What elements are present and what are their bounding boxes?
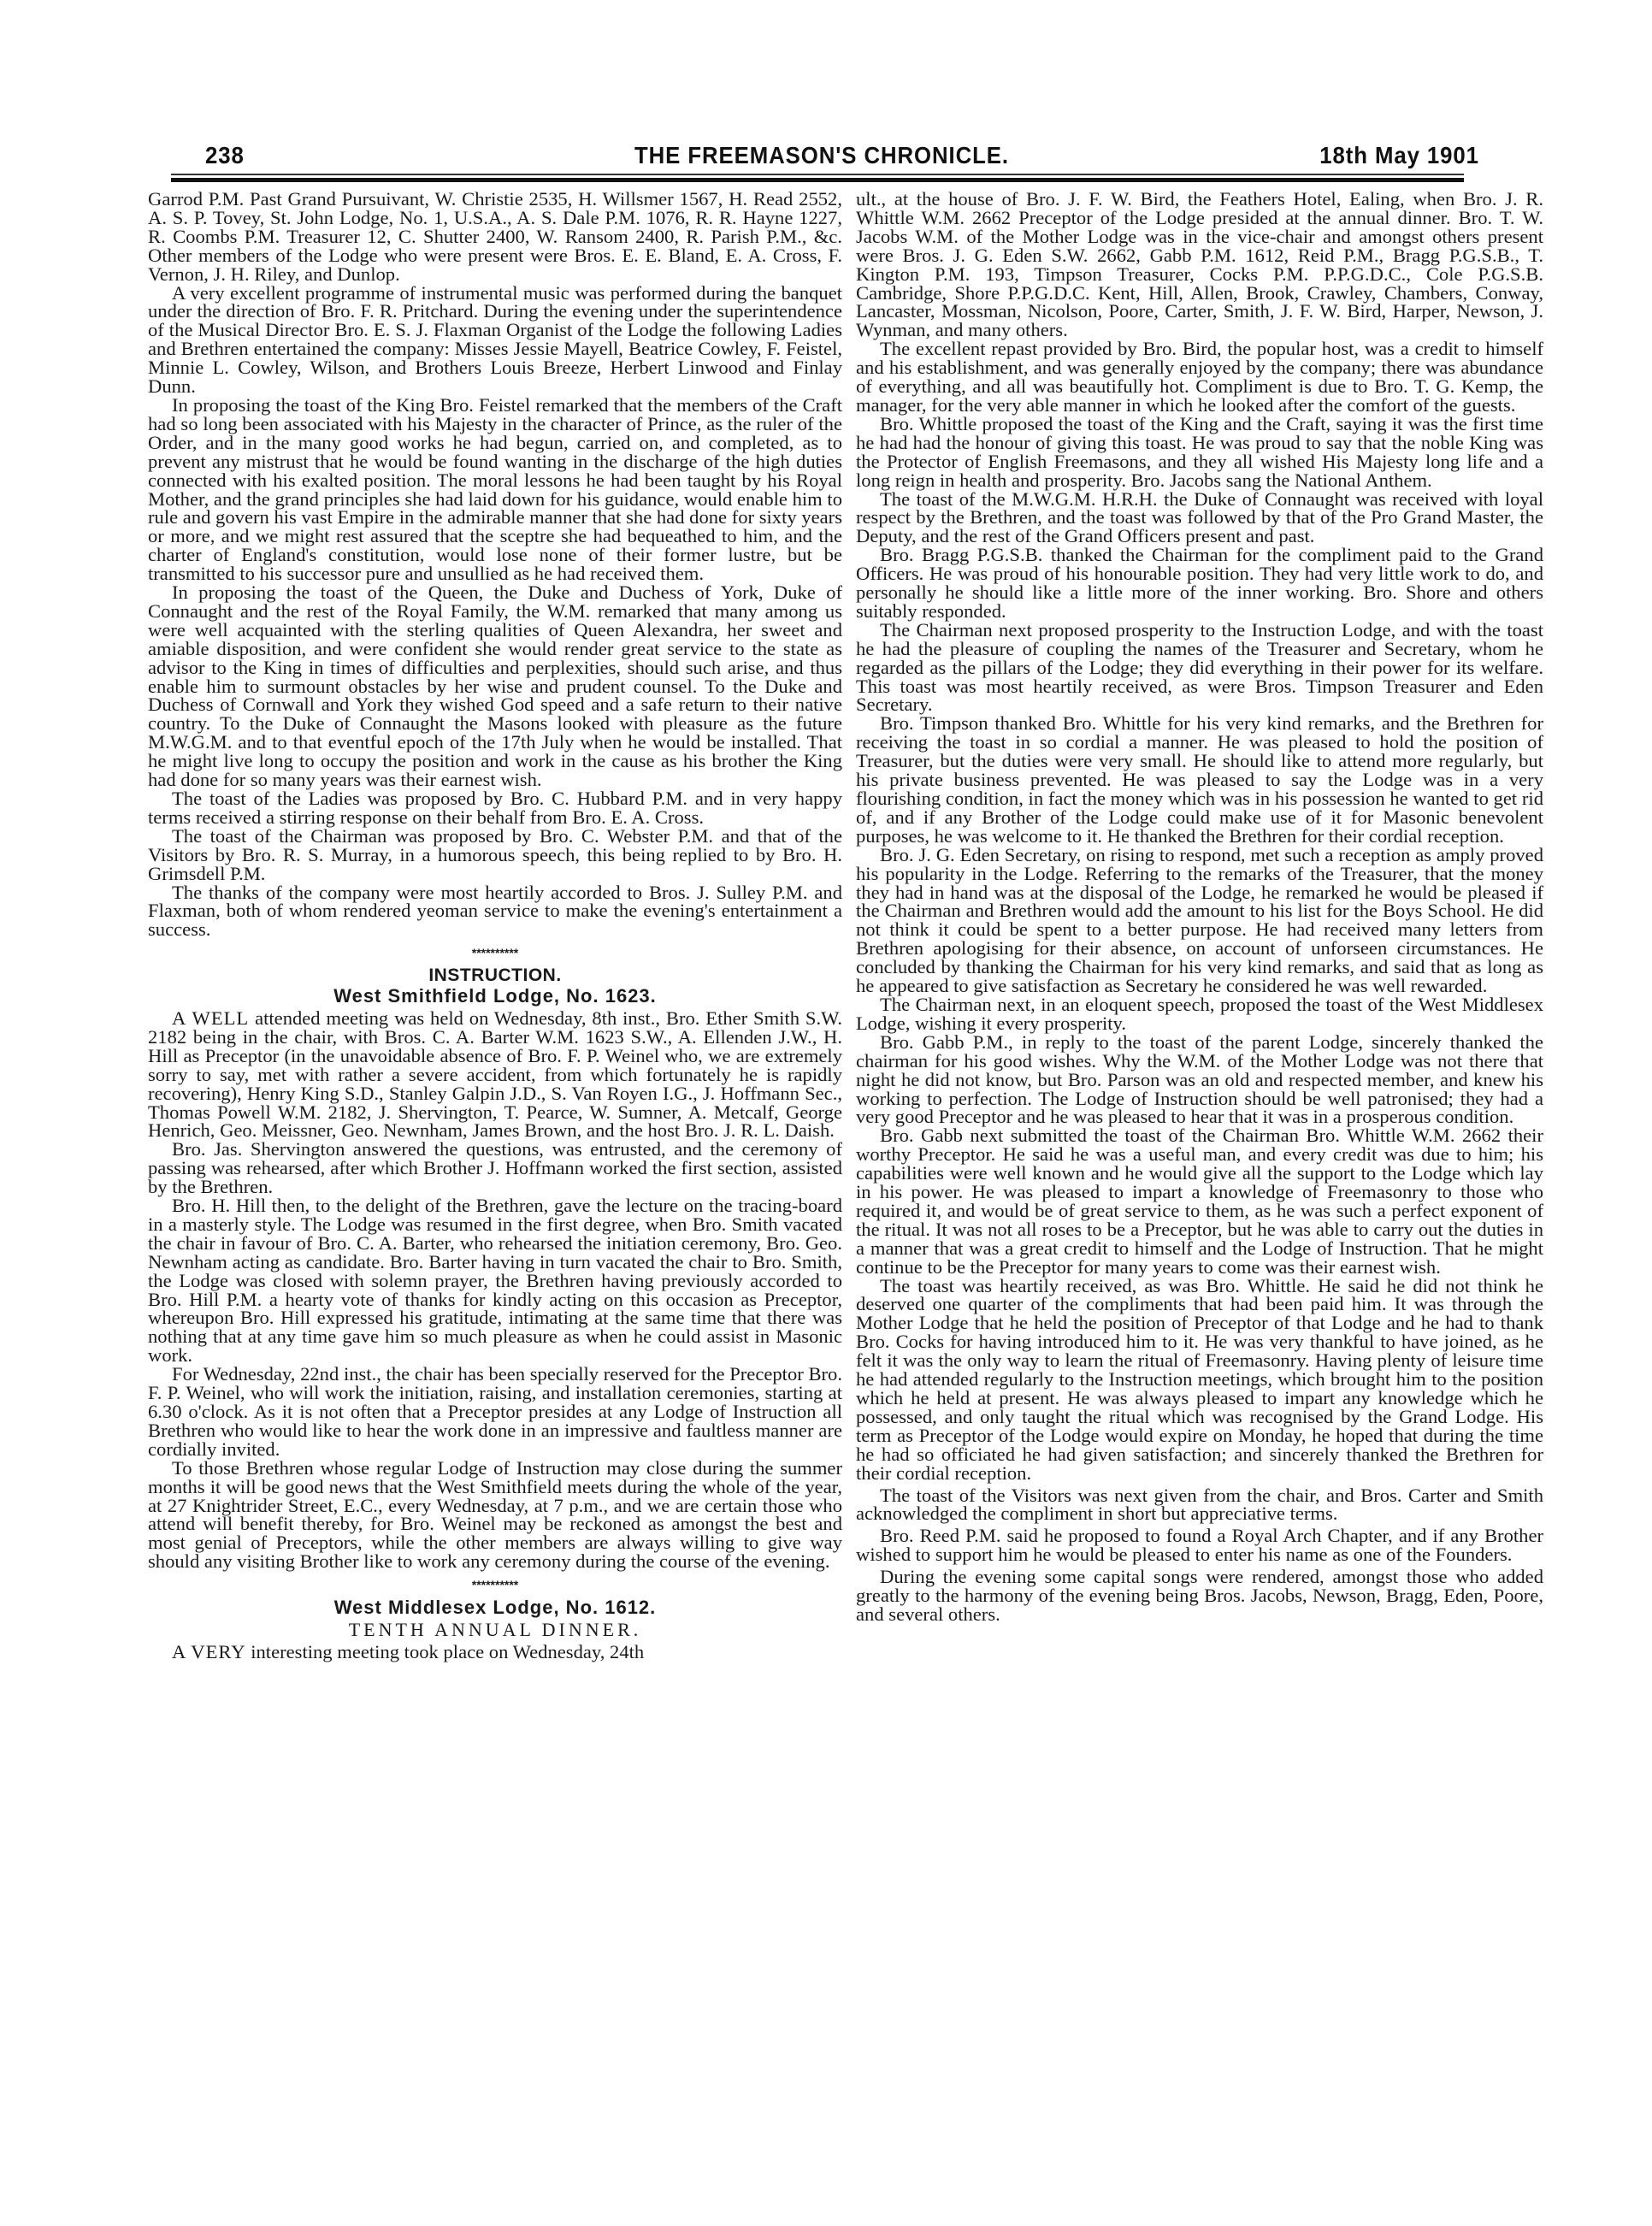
paragraph: Bro. Whittle proposed the toast of the K…: [856, 415, 1543, 490]
paragraph: A WELL attended meeting was held on Wedn…: [148, 1009, 842, 1140]
paragraph: Bro. J. G. Eden Secretary, on rising to …: [856, 846, 1543, 995]
paragraph: Bro. Jas. Shervington answered the quest…: [148, 1140, 842, 1196]
page-number: 238: [205, 142, 245, 169]
paragraph: Bro. Reed P.M. said he proposed to found…: [856, 1526, 1543, 1564]
left-column: Garrod P.M. Past Grand Pursuivant, W. Ch…: [148, 190, 842, 1662]
paragraph: During the evening some capital songs we…: [856, 1568, 1543, 1624]
paragraph: Garrod P.M. Past Grand Pursuivant, W. Ch…: [148, 190, 842, 284]
section-heading: West Middlesex Lodge, No. 1612.: [148, 1598, 842, 1617]
paragraph: The toast of the M.W.G.M. H.R.H. the Duk…: [856, 490, 1543, 546]
paragraph: The Chairman next, in an eloquent speech…: [856, 995, 1543, 1033]
paragraph: The toast of the Visitors was next given…: [856, 1486, 1543, 1524]
publication-title: THE FREEMASON'S CHRONICLE.: [634, 142, 1009, 169]
paragraph: A VERY interesting meeting took place on…: [148, 1643, 842, 1662]
paragraph: The excellent repast provided by Bro. Bi…: [856, 340, 1543, 415]
paragraph: The toast was heartily received, as was …: [856, 1277, 1543, 1483]
header-rule-thin: [171, 174, 1464, 175]
section-subheading: West Smithfield Lodge, No. 1623.: [148, 987, 842, 1006]
paragraph-text: attended meeting was held on Wednesday, …: [148, 1007, 842, 1141]
paragraph: Bro. H. Hill then, to the delight of the…: [148, 1196, 842, 1365]
issue-date: 18th May 1901: [1319, 142, 1479, 169]
paragraph: The Chairman next proposed prosperity to…: [856, 621, 1543, 715]
paragraph: ult., at the house of Bro. J. F. W. Bird…: [856, 190, 1543, 340]
paragraph: For Wednesday, 22nd inst., the chair has…: [148, 1365, 842, 1459]
section-separator: **********: [148, 944, 842, 963]
paragraph: In proposing the toast of the King Bro. …: [148, 396, 842, 583]
header-rule: [171, 178, 1464, 182]
paragraph-text: interesting meeting took place on Wednes…: [251, 1641, 644, 1662]
section-subheading: TENTH ANNUAL DINNER.: [148, 1621, 842, 1639]
paragraph: To those Brethren whose regular Lodge of…: [148, 1459, 842, 1571]
paragraph: The toast of the Chairman was proposed b…: [148, 827, 842, 883]
masthead: 238 THE FREEMASON'S CHRONICLE. 18th May …: [198, 142, 1462, 171]
paragraph: Bro. Bragg P.G.S.B. thanked the Chairman…: [856, 546, 1543, 621]
section-separator: **********: [148, 1576, 842, 1595]
section-heading: INSTRUCTION.: [148, 966, 842, 985]
paragraph: In proposing the toast of the Queen, the…: [148, 583, 842, 789]
lead-words: A VERY: [172, 1641, 246, 1662]
paragraph: The toast of the Ladies was proposed by …: [148, 789, 842, 827]
right-column: ult., at the house of Bro. J. F. W. Bird…: [856, 190, 1543, 1624]
paragraph: A very excellent programme of instrument…: [148, 284, 842, 396]
paragraph: Bro. Timpson thanked Bro. Whittle for hi…: [856, 714, 1543, 845]
paragraph: Bro. Gabb P.M., in reply to the toast of…: [856, 1033, 1543, 1127]
paragraph: The thanks of the company were most hear…: [148, 883, 842, 940]
paragraph: Bro. Gabb next submitted the toast of th…: [856, 1126, 1543, 1276]
